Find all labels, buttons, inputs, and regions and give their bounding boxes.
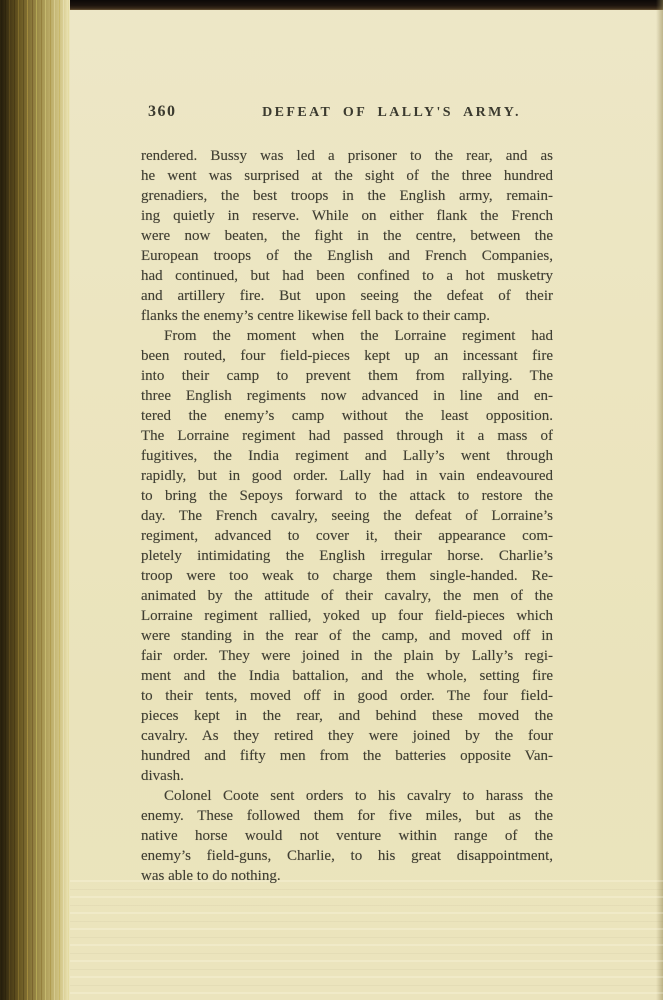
text-line: he went was surprised at the sight of th… bbox=[141, 166, 553, 186]
text-line: native horse would not venture within ra… bbox=[141, 826, 553, 846]
text-line: and artillery fire. But upon seeing the … bbox=[141, 286, 553, 306]
book-binding-page-edges bbox=[0, 0, 70, 1000]
text-line: ment and the India battalion, and the wh… bbox=[141, 666, 553, 686]
page-right-edge-shadow bbox=[656, 0, 663, 1000]
text-line: pieces kept in the rear, and behind thes… bbox=[141, 706, 553, 726]
text-line: From the moment when the Lorraine regime… bbox=[141, 326, 553, 346]
text-line: grenadiers, the best troops in the Engli… bbox=[141, 186, 553, 206]
text-line: Lorraine regiment rallied, yoked up four… bbox=[141, 606, 553, 626]
text-line: animated by the attitude of their cavalr… bbox=[141, 586, 553, 606]
text-line: had continued, but had been confined to … bbox=[141, 266, 553, 286]
text-line: day. The French cavalry, seeing the defe… bbox=[141, 506, 553, 526]
paragraph: rendered. Bussy was led a prisoner to th… bbox=[141, 146, 553, 326]
text-line: fugitives, the India regiment and Lally’… bbox=[141, 446, 553, 466]
text-line: cavalry. As they retired they were joine… bbox=[141, 726, 553, 746]
body-text-block: rendered. Bussy was led a prisoner to th… bbox=[141, 146, 553, 886]
text-line: enemy’s field-guns, Charlie, to his grea… bbox=[141, 846, 553, 866]
text-line: ing quietly in reserve. While on either … bbox=[141, 206, 553, 226]
text-line: was able to do nothing. bbox=[141, 866, 553, 886]
text-line: The Lorraine regiment had passed through… bbox=[141, 426, 553, 446]
text-line: regiment, advanced to cover it, their ap… bbox=[141, 526, 553, 546]
photo-top-band bbox=[0, 0, 663, 10]
text-line: divash. bbox=[141, 766, 553, 786]
running-header: DEFEAT OF LALLY'S ARMY. bbox=[165, 105, 618, 121]
text-line: rapidly, but in good order. Lally had in… bbox=[141, 466, 553, 486]
text-line: were now beaten, the fight in the centre… bbox=[141, 226, 553, 246]
text-line: to their tents, moved off in good order.… bbox=[141, 686, 553, 706]
text-line: were standing in the rear of the camp, a… bbox=[141, 626, 553, 646]
text-line: rendered. Bussy was led a prisoner to th… bbox=[141, 146, 553, 166]
text-line: flanks the enemy’s centre likewise fell … bbox=[141, 306, 553, 326]
text-line: fair order. They were joined in the plai… bbox=[141, 646, 553, 666]
text-line: enemy. These followed them for five mile… bbox=[141, 806, 553, 826]
text-line: three English regiments now advanced in … bbox=[141, 386, 553, 406]
text-line: to bring the Sepoys forward to the attac… bbox=[141, 486, 553, 506]
paragraph: From the moment when the Lorraine regime… bbox=[141, 326, 553, 786]
paragraph: Colonel Coote sent orders to his cavalry… bbox=[141, 786, 553, 886]
text-line: been routed, four field-pieces kept up a… bbox=[141, 346, 553, 366]
text-line: European troops of the English and Frenc… bbox=[141, 246, 553, 266]
text-line: into their camp to prevent them from ral… bbox=[141, 366, 553, 386]
scan-streaks bbox=[70, 880, 663, 1000]
text-line: pletely intimidating the English irregul… bbox=[141, 546, 553, 566]
book-page-scan: 360 DEFEAT OF LALLY'S ARMY. rendered. Bu… bbox=[0, 0, 663, 1000]
text-line: troop were too weak to charge them singl… bbox=[141, 566, 553, 586]
text-line: hundred and fifty men from the batteries… bbox=[141, 746, 553, 766]
text-line: Colonel Coote sent orders to his cavalry… bbox=[141, 786, 553, 806]
text-line: tered the enemy’s camp without the least… bbox=[141, 406, 553, 426]
